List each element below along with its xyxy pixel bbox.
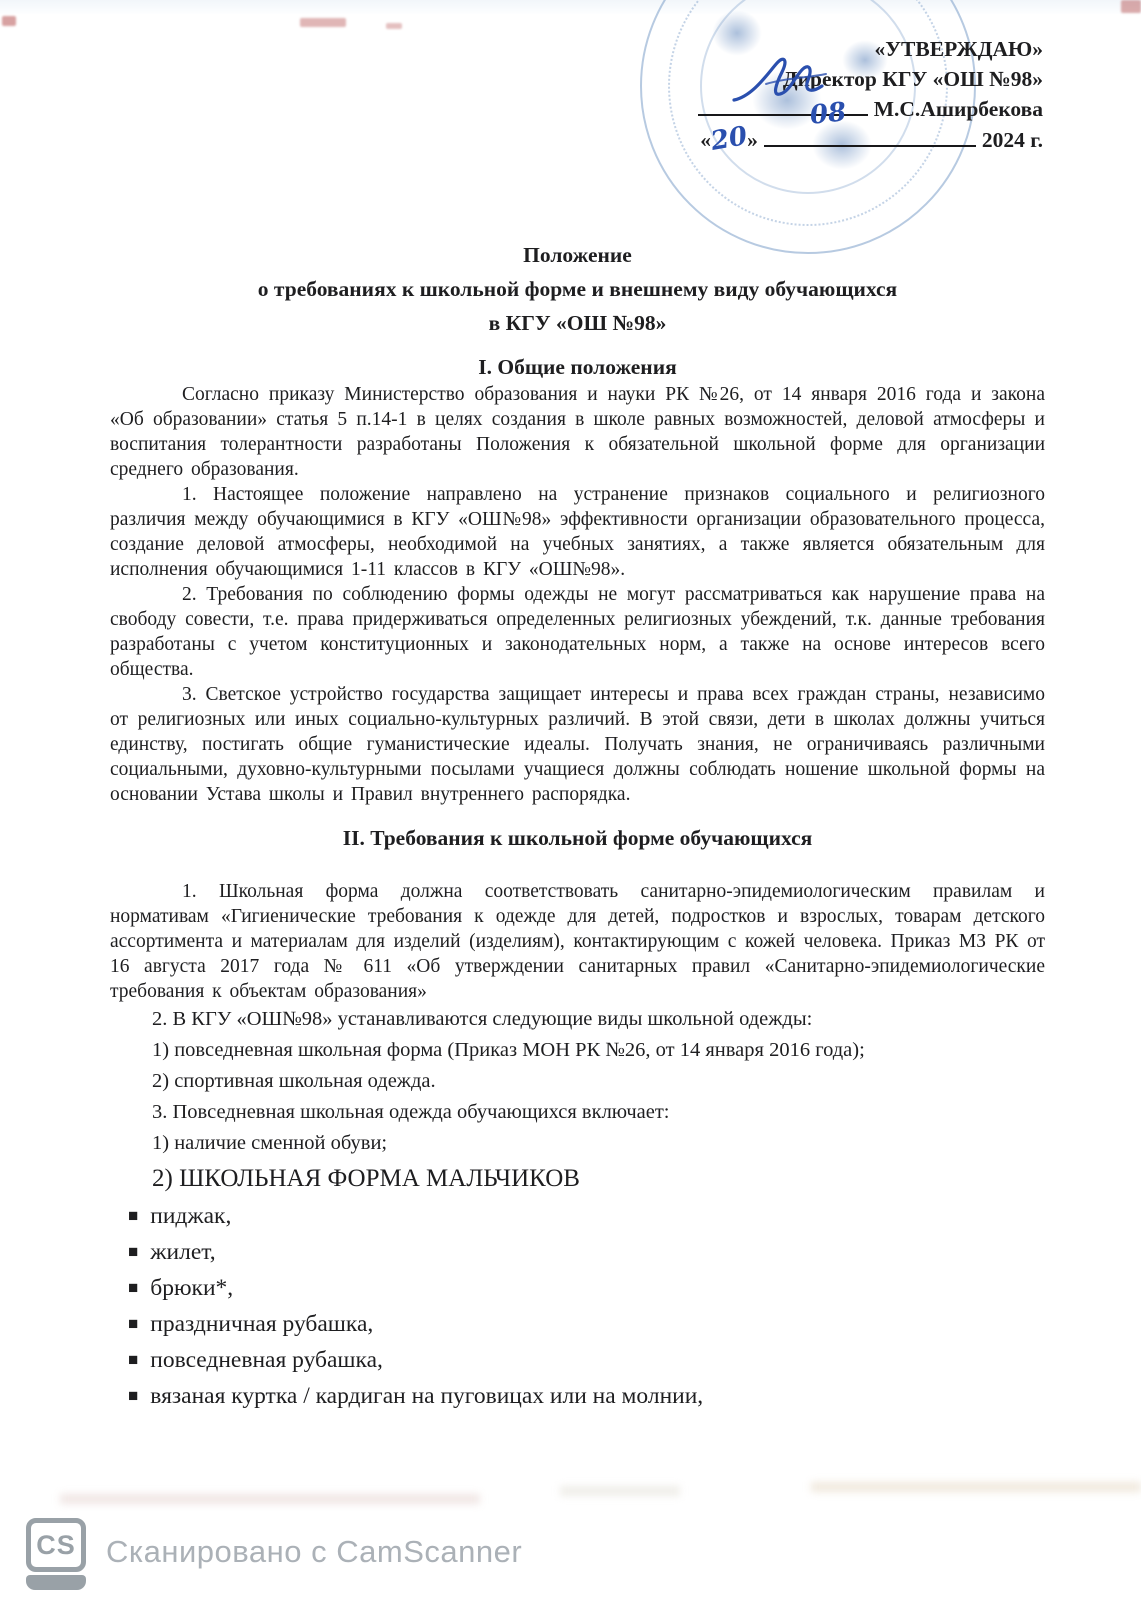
- section1-heading: I. Общие положения: [110, 352, 1045, 382]
- bullet-square-icon: ■: [128, 1242, 138, 1261]
- list-item: 1) повседневная школьная форма (Приказ М…: [110, 1035, 1045, 1066]
- handwritten-signature: [726, 50, 856, 110]
- bullet-square-icon: ■: [128, 1278, 138, 1297]
- title-line-1: Положение: [110, 238, 1045, 272]
- year-text: 2024 г.: [982, 128, 1043, 152]
- camscanner-attribution: Сканировано с CamScanner: [106, 1534, 522, 1570]
- list-item: 3. Повседневная школьная одежда обучающи…: [110, 1097, 1045, 1128]
- bullet-item: ■пиджак,: [110, 1199, 1045, 1235]
- title-line-2: о требованиях к школьной форме и внешнем…: [110, 272, 1045, 306]
- bullet-item: ■вязаная куртка / кардиган на пуговицах …: [110, 1379, 1045, 1415]
- handwritten-day: 20: [709, 121, 750, 157]
- list-item-caps: 2) ШКОЛЬНАЯ ФОРМА МАЛЬЧИКОВ: [110, 1159, 1045, 1199]
- approval-block: «УТВЕРЖДАЮ» Директор КГУ «ОШ №98» М.С.Аш…: [683, 34, 1043, 155]
- approval-line-signature: М.С.Аширбекова: [683, 94, 1043, 124]
- paragraph: Согласно приказу Министерство образовани…: [110, 382, 1045, 482]
- paragraph: 1. Школьная форма должна соответствовать…: [110, 879, 1045, 1004]
- camscanner-logo-base: [26, 1575, 86, 1590]
- paragraph: 1. Настоящее положение направлено на уст…: [110, 482, 1045, 582]
- bullet-item: ■жилет,: [110, 1235, 1045, 1271]
- date-line: 08: [764, 125, 976, 147]
- list-item: 1) наличие сменной обуви;: [110, 1128, 1045, 1159]
- camscanner-footer: CS Сканировано с CamScanner: [0, 1512, 1141, 1600]
- bullet-square-icon: ■: [128, 1206, 138, 1225]
- bullet-item: ■брюки*,: [110, 1271, 1045, 1307]
- title-line-3: в КГУ «ОШ №98»: [110, 306, 1045, 340]
- scan-shadow-streak: [60, 1494, 480, 1504]
- scan-shadow-streak: [560, 1486, 680, 1496]
- scan-top-band: [0, 0, 1141, 14]
- section2-heading: II. Требования к школьной форме обучающи…: [110, 823, 1045, 853]
- bullet-item: ■повседневная рубашка,: [110, 1343, 1045, 1379]
- scan-artifact-red: [300, 18, 346, 27]
- bullet-square-icon: ■: [128, 1314, 138, 1333]
- scan-artifact-red: [386, 23, 402, 29]
- director-name: М.С.Аширбекова: [874, 97, 1043, 121]
- paragraph: 3. Светское устройство государства защищ…: [110, 682, 1045, 807]
- paragraph: 2. Требования по соблюдению формы одежды…: [110, 582, 1045, 682]
- scan-shadow-streak: [811, 1482, 1141, 1492]
- scan-artifact-red: [1121, 0, 1141, 13]
- scanned-document-page: «УТВЕРЖДАЮ» Директор КГУ «ОШ №98» М.С.Аш…: [0, 0, 1141, 1600]
- list-item: 2. В КГУ «ОШ№98» устанавливаются следующ…: [110, 1004, 1045, 1035]
- camscanner-logo-cs: CS: [26, 1518, 86, 1572]
- scan-artifact-red: [2, 16, 16, 26]
- approval-line-date: «20»082024 г.: [683, 124, 1043, 155]
- document-title: Положение о требованиях к школьной форме…: [110, 238, 1045, 340]
- list-item: 2) спортивная школьная одежда.: [110, 1066, 1045, 1097]
- bullet-item: ■праздничная рубашка,: [110, 1307, 1045, 1343]
- bullet-square-icon: ■: [128, 1386, 138, 1405]
- camscanner-logo-icon: CS: [26, 1518, 86, 1590]
- document-body: Положение о требованиях к школьной форме…: [110, 238, 1045, 1415]
- bullet-square-icon: ■: [128, 1350, 138, 1369]
